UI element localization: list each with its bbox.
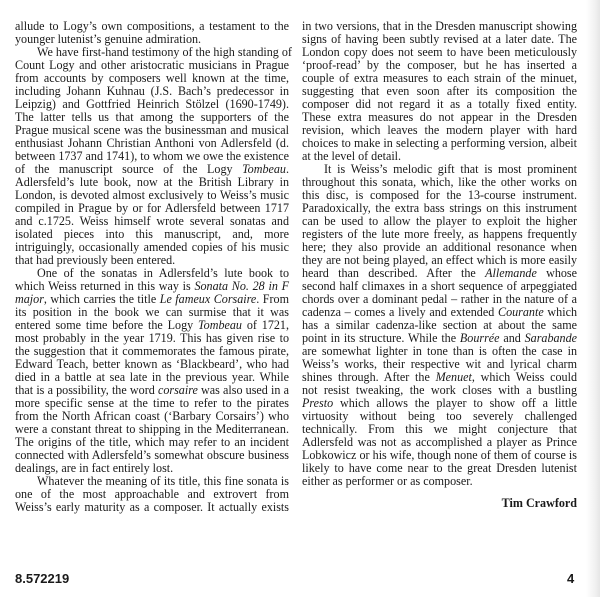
text-line: either as performer or as composer. — [302, 475, 577, 488]
italic-title: Tombeau — [242, 162, 286, 176]
text-fragment: cadenza – comes a lively and extended — [302, 305, 498, 319]
text-fragment: entered some time before the Logy — [15, 318, 198, 332]
italic-title: Sonata No. 28 in F — [194, 279, 289, 293]
italic-movement: Courante — [498, 305, 544, 319]
italic-movement: Sarabande — [525, 331, 577, 345]
text-fragment: , which carries the title — [44, 292, 160, 306]
italic-title: major — [15, 292, 44, 306]
text-fragment: which allows the player to show off a li… — [333, 396, 577, 410]
text-fragment: heard than described. After the — [302, 266, 485, 280]
text-fragment: which — [544, 305, 577, 319]
text-fragment: . From — [256, 292, 289, 306]
text-line: Weiss’s early maturity as a composer. It… — [15, 501, 289, 514]
text-fragment: of the manuscript source of the Logy — [15, 162, 242, 176]
italic-title: Le fameux Corsaire — [160, 292, 257, 306]
text-fragment: and — [500, 331, 525, 345]
text-fragment: point in its structure. While the — [302, 331, 460, 345]
text-fragment: which Weiss returned in this way is — [15, 279, 194, 293]
text-fragment: that is a possibility, the word — [15, 383, 158, 397]
text-fragment: shines through. After the — [302, 370, 436, 384]
right-column: in two versions, that in the Dresden man… — [302, 20, 577, 488]
page-number: 4 — [567, 571, 574, 586]
page-edge-shadow — [586, 0, 600, 597]
italic-movement: Bourrée — [460, 331, 500, 345]
catalogue-number: 8.572219 — [15, 571, 69, 586]
text-fragment: . — [286, 162, 289, 176]
italic-word: corsaire — [158, 383, 198, 397]
text-fragment: of 1721, — [242, 318, 289, 332]
text-fragment: was also used in a — [198, 383, 289, 397]
author-signature: Tim Crawford — [302, 496, 577, 511]
text-fragment: whose — [537, 266, 577, 280]
italic-movement: Menuet — [436, 370, 472, 384]
text-fragment: , which Weiss could — [472, 370, 577, 384]
italic-title: Tombeau — [198, 318, 242, 332]
left-column: allude to Logy’s own compositions, a tes… — [15, 20, 289, 514]
italic-movement: Presto — [302, 396, 333, 410]
italic-movement: Allemande — [485, 266, 537, 280]
